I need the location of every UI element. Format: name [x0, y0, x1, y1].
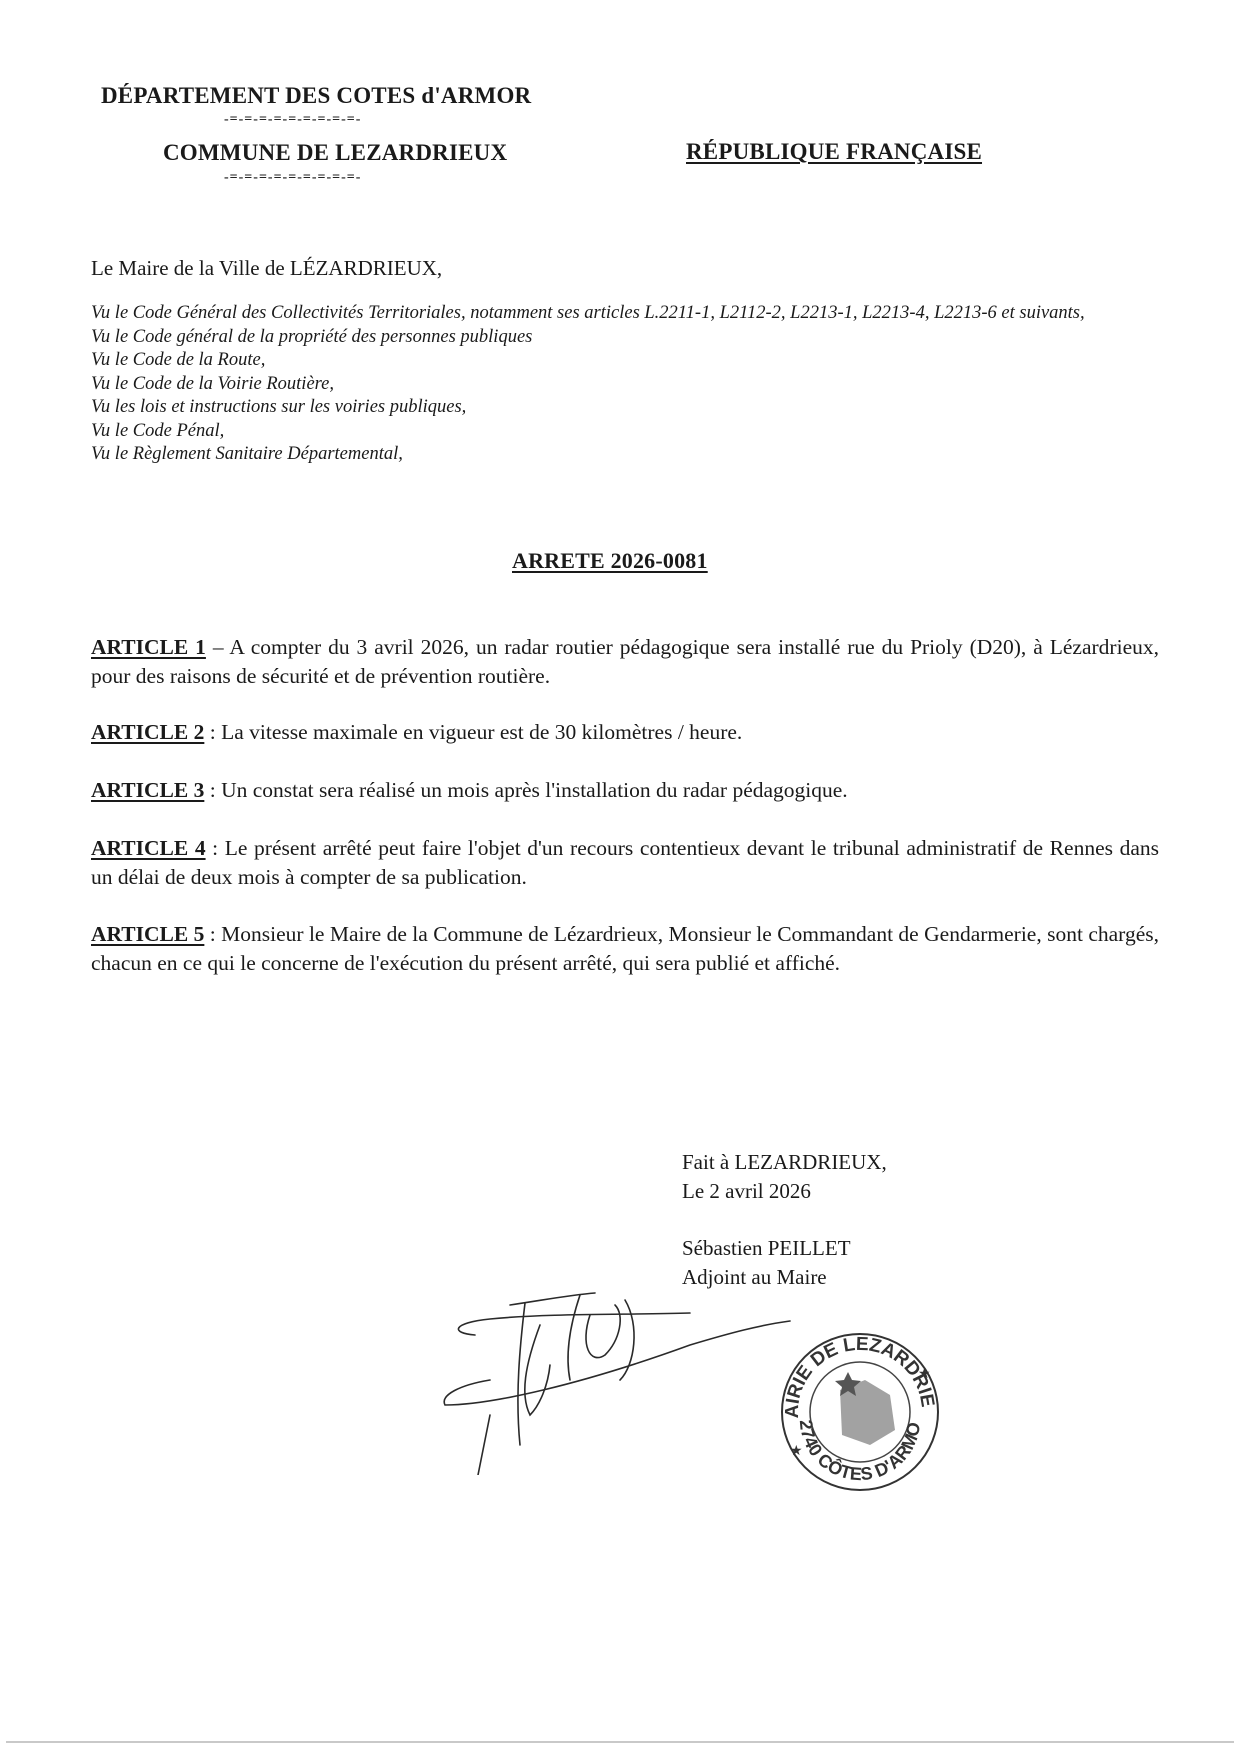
- department-heading: DÉPARTEMENT DES COTES d'ARMOR: [101, 83, 531, 109]
- article-label: ARTICLE 5: [91, 922, 204, 946]
- official-stamp-icon: MAIRIE DE LEZARDRIEUX 22740 CÔTES D'ARMO…: [770, 1320, 950, 1500]
- footer-divider: [6, 1741, 1234, 1743]
- consideration-item: Vu le Code Pénal,: [91, 420, 1161, 444]
- article-3: ARTICLE 3 : Un constat sera réalisé un m…: [91, 776, 1159, 805]
- article-label: ARTICLE 2: [91, 720, 204, 744]
- article-separator: :: [204, 778, 221, 802]
- consideration-item: Vu les lois et instructions sur les voir…: [91, 396, 1161, 420]
- signatory-name: Sébastien PEILLET: [682, 1234, 851, 1263]
- article-label: ARTICLE 4: [91, 836, 206, 860]
- intro-text: Le Maire de la Ville de LÉZARDRIEUX,: [91, 254, 442, 283]
- svg-text:★: ★: [790, 1443, 803, 1459]
- consideration-item: Vu le Code de la Voirie Routière,: [91, 373, 1161, 397]
- article-separator: :: [206, 836, 225, 860]
- article-text: A compter du 3 avril 2026, un radar rout…: [91, 635, 1159, 688]
- arrete-title: ARRETE 2026-0081: [512, 548, 708, 574]
- article-label: ARTICLE 3: [91, 778, 204, 802]
- handwritten-signature-icon: [430, 1285, 810, 1475]
- separator-top: -=-=-=-=-=-=-=-=-=-: [224, 112, 361, 128]
- signature-date: Le 2 avril 2026: [682, 1177, 811, 1206]
- consideration-item: Vu le Code Général des Collectivités Ter…: [91, 302, 1161, 326]
- consideration-item: Vu le Code de la Route,: [91, 349, 1161, 373]
- consideration-item: Vu le Code général de la propriété des p…: [91, 326, 1161, 350]
- signature-place: Fait à LEZARDRIEUX,: [682, 1148, 887, 1177]
- article-1: ARTICLE 1 – A compter du 3 avril 2026, u…: [91, 633, 1159, 691]
- republic-heading: RÉPUBLIQUE FRANÇAISE: [686, 139, 982, 165]
- svg-text:★: ★: [918, 1366, 931, 1382]
- article-text: La vitesse maximale en vigueur est de 30…: [221, 720, 742, 744]
- article-4: ARTICLE 4 : Le présent arrêté peut faire…: [91, 834, 1159, 892]
- article-label: ARTICLE 1: [91, 635, 206, 659]
- article-separator: :: [204, 922, 221, 946]
- article-2: ARTICLE 2 : La vitesse maximale en vigue…: [91, 718, 1159, 747]
- article-text: Monsieur le Maire de la Commune de Lézar…: [91, 922, 1159, 975]
- article-text: Le présent arrêté peut faire l'objet d'u…: [91, 836, 1159, 889]
- article-text: Un constat sera réalisé un mois après l'…: [221, 778, 848, 802]
- article-separator: :: [204, 720, 221, 744]
- article-5: ARTICLE 5 : Monsieur le Maire de la Comm…: [91, 920, 1159, 978]
- separator-bottom: -=-=-=-=-=-=-=-=-=-: [224, 170, 361, 186]
- article-separator: –: [206, 635, 229, 659]
- commune-heading: COMMUNE DE LEZARDRIEUX: [163, 140, 507, 166]
- considerations-list: Vu le Code Général des Collectivités Ter…: [91, 302, 1161, 467]
- consideration-item: Vu le Règlement Sanitaire Départemental,: [91, 443, 1161, 467]
